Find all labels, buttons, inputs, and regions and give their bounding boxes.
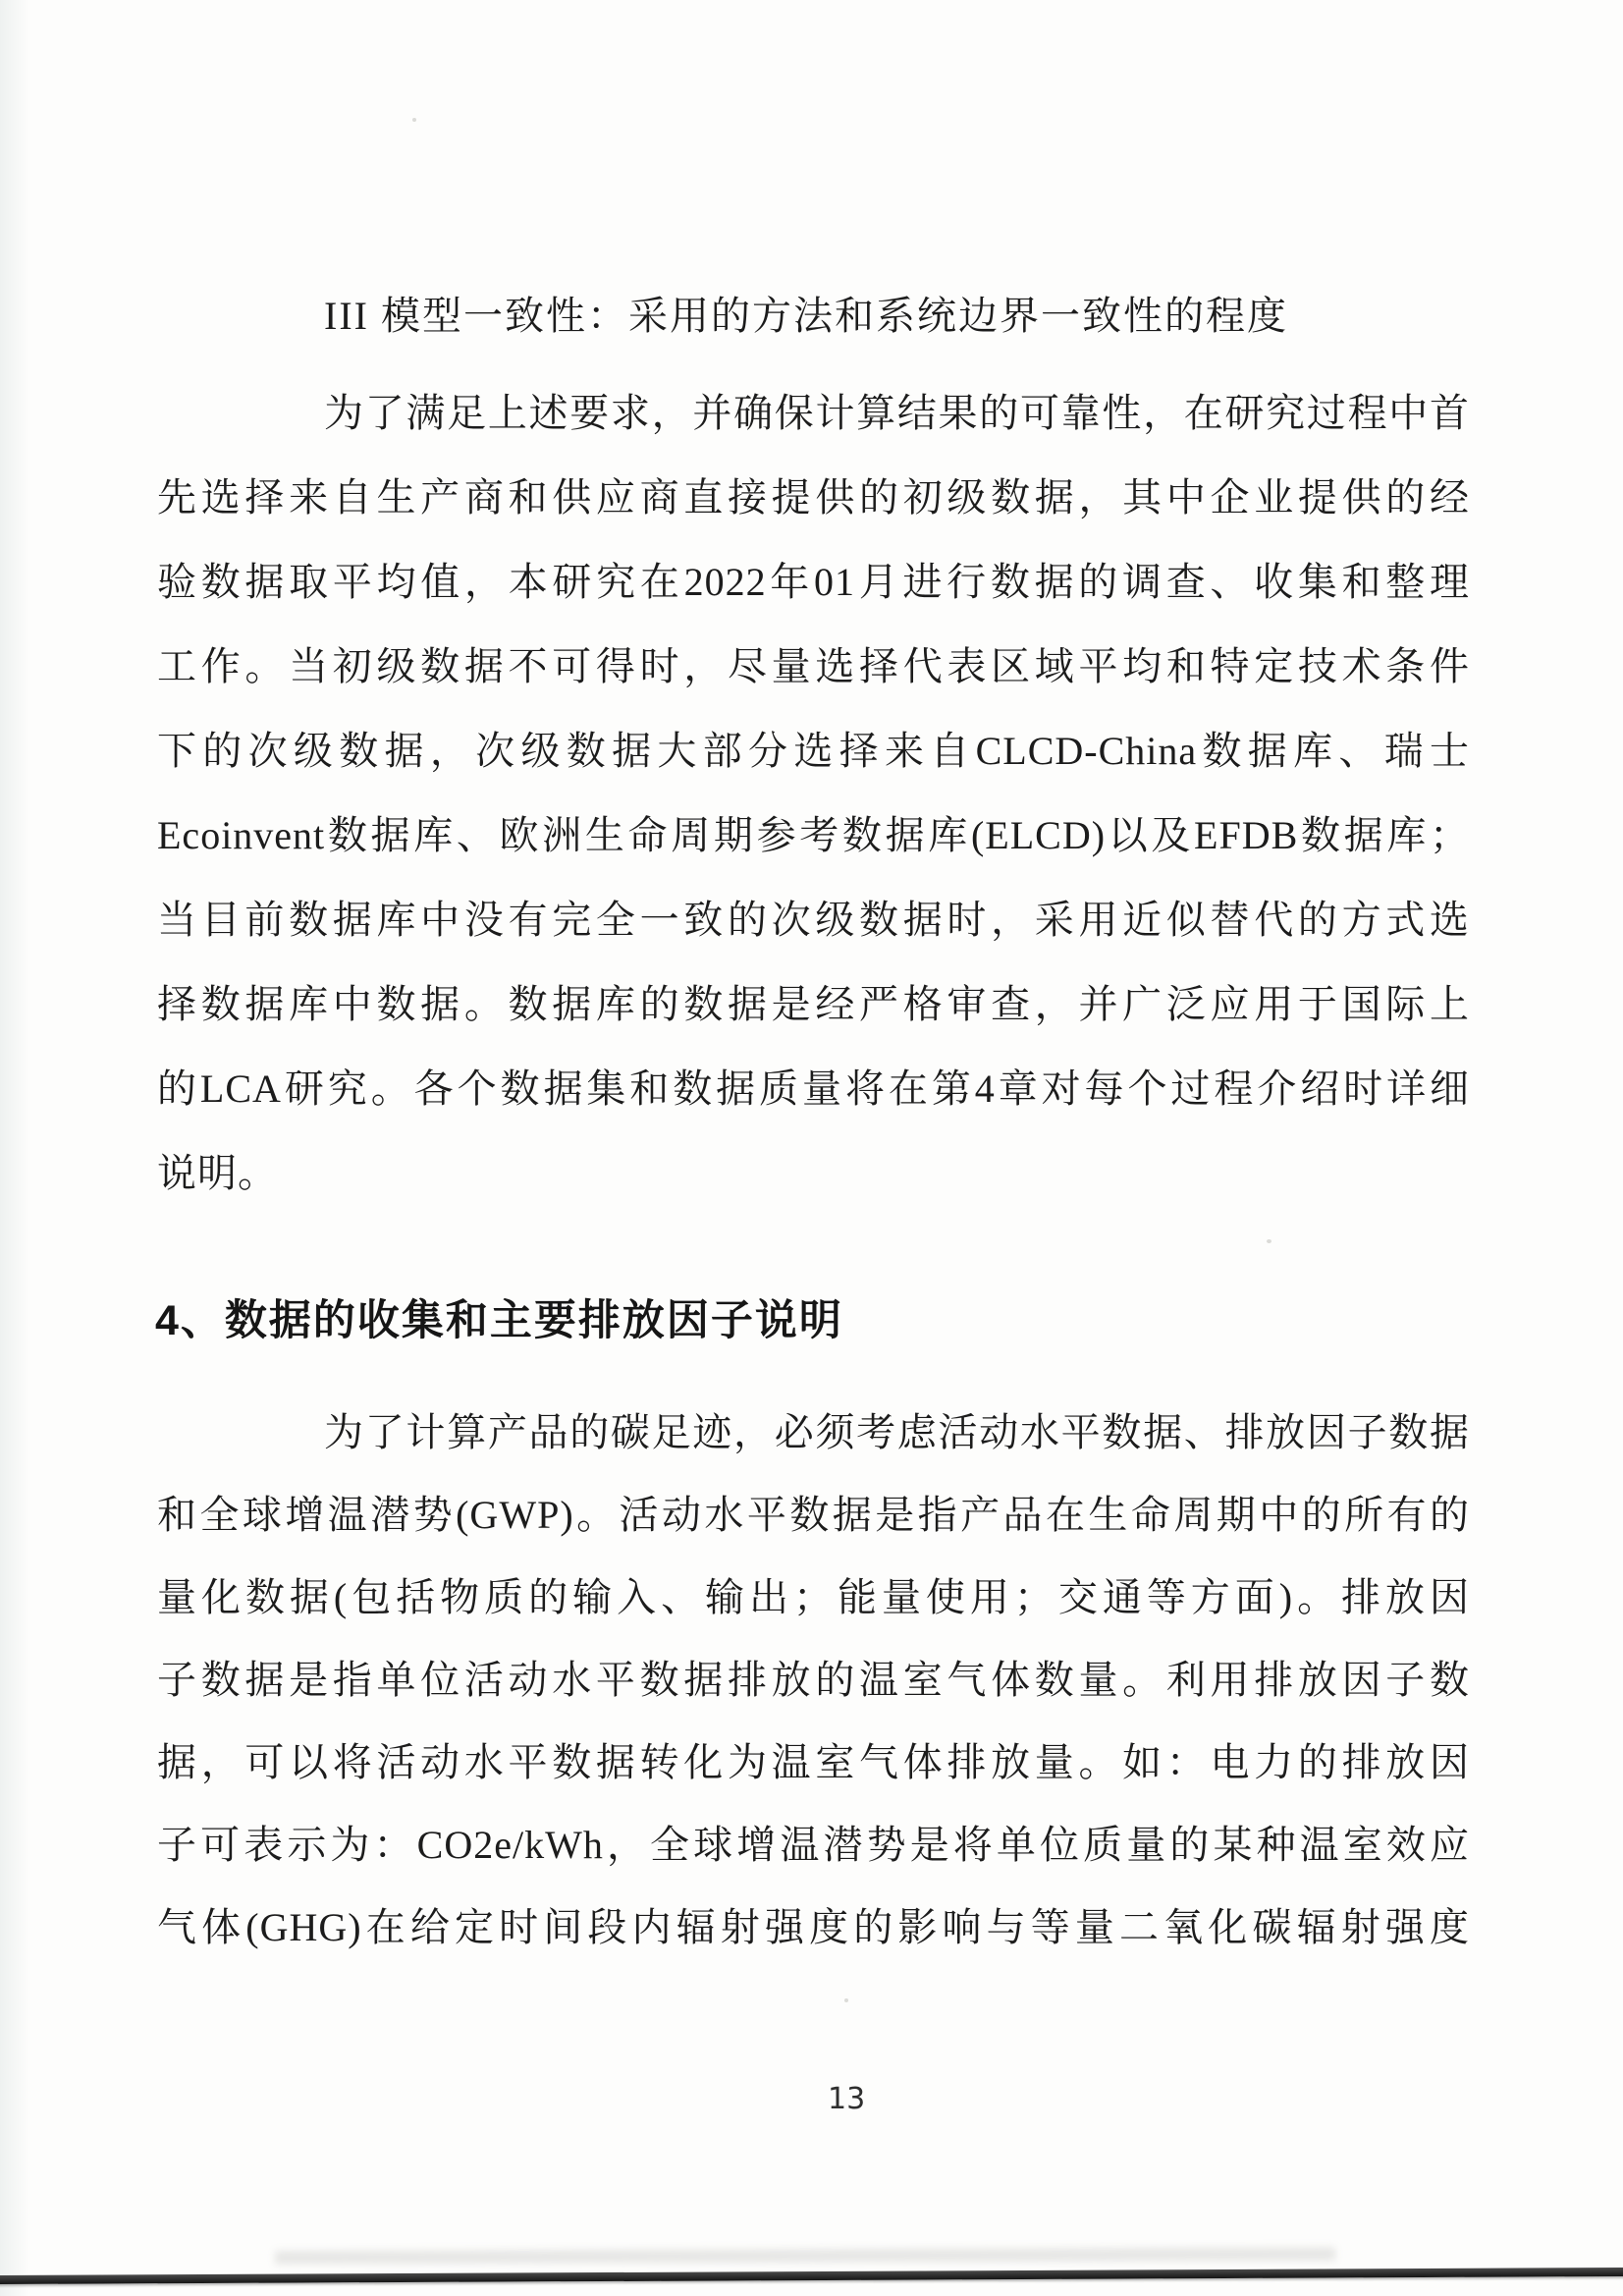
- paragraph-line: 为了计算产品的碳足迹，必须考虑活动水平数据、排放因子数据: [157, 1407, 1470, 1458]
- document-page: III 模型一致性：采用的方法和系统边界一致性的程度 为了满足上述要求，并确保计…: [0, 0, 1623, 2296]
- scan-smudge: [275, 2247, 1335, 2265]
- paragraph-line: 择数据库中数据。数据库的数据是经严格审查，并广泛应用于国际上: [157, 979, 1470, 1030]
- paragraph-line: 下的次级数据，次级数据大部分选择来自CLCD-China数据库、瑞士: [157, 726, 1470, 777]
- paragraph-line: Ecoinvent数据库、欧洲生命周期参考数据库(ELCD)以及EFDB数据库；: [157, 810, 1470, 861]
- paragraph-line: 验数据取平均值，本研究在2022年01月进行数据的调查、收集和整理: [157, 557, 1470, 608]
- paragraph-line: 为了满足上述要求，并确保计算结果的可靠性，在研究过程中首: [157, 388, 1470, 439]
- paragraph-line: 当目前数据库中没有完全一致的次级数据时，采用近似替代的方式选: [157, 895, 1470, 946]
- scan-bottom-band: [0, 2268, 1623, 2284]
- paragraph-line: 子可表示为：CO2e/kWh，全球增温潜势是将单位质量的某种温室效应: [157, 1820, 1470, 1871]
- paragraph-line: 工作。当初级数据不可得时，尽量选择代表区域平均和特定技术条件: [157, 641, 1470, 692]
- paragraph-line: 据，可以将活动水平数据转化为温室气体排放量。如：电力的排放因: [157, 1737, 1470, 1788]
- scan-speck: [1267, 1239, 1271, 1243]
- paragraph-line: 气体(GHG)在给定时间段内辐射强度的影响与等量二氧化碳辐射强度: [157, 1902, 1470, 1953]
- scan-speck: [844, 1998, 848, 2002]
- paragraph-line: 说明。: [157, 1148, 1470, 1199]
- paragraph-line: 先选择来自生产商和供应商直接提供的初级数据，其中企业提供的经: [157, 472, 1470, 523]
- paragraph-line: 子数据是指单位活动水平数据排放的温室气体数量。利用排放因子数: [157, 1655, 1470, 1706]
- scan-edge-shadow: [0, 0, 29, 2296]
- heading-model-consistency: III 模型一致性：采用的方法和系统边界一致性的程度: [324, 291, 1288, 342]
- paragraph-line: 和全球增温潜势(GWP)。活动水平数据是指产品在生命周期中的所有的: [157, 1490, 1470, 1541]
- page-number: 13: [828, 2082, 865, 2116]
- section-heading-data-collection: 4、数据的收集和主要排放因子说明: [155, 1294, 843, 1347]
- scan-speck: [412, 118, 416, 122]
- paragraph-line: 量化数据(包括物质的输入、输出；能量使用；交通等方面)。排放因: [157, 1572, 1470, 1623]
- paragraph-line: 的LCA研究。各个数据集和数据质量将在第4章对每个过程介绍时详细: [157, 1064, 1470, 1115]
